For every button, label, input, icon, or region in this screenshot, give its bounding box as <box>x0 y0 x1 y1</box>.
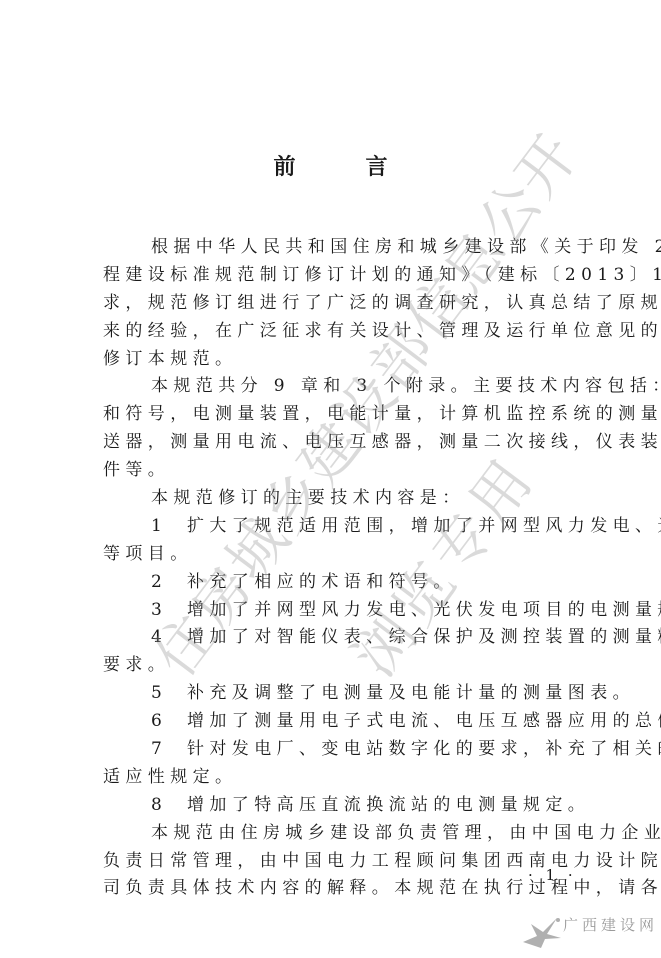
item-number: 3 <box>151 597 187 625</box>
item-number: 2 <box>151 569 187 597</box>
item-number: 4 <box>151 624 187 652</box>
star-swoosh-icon <box>521 912 563 950</box>
revision-item-3: 3增加了并网型风力发电、光伏发电项目的电测量规定。 <box>103 597 563 625</box>
text-line: 修订本规范。 <box>103 346 563 374</box>
text-line: 和符号，电测量装置，电能计量，计算机监控系统的测量，电测量变 <box>103 401 563 429</box>
item-number: 6 <box>151 708 187 736</box>
item-text: 增加了测量用电子式电流、电压互感器应用的总体要求。 <box>187 711 661 731</box>
revision-item-5: 5补充及调整了电测量及电能计量的测量图表。 <box>103 680 563 708</box>
title-char-2: 言 <box>366 150 388 181</box>
item-text: 增加了并网型风力发电、光伏发电项目的电测量规定。 <box>187 600 661 620</box>
logo-text: 广西建设网 <box>563 914 658 935</box>
body-text: 根据中华人民共和国住房和城乡建设部《关于印发 2014 年工 程建设标准规范制订… <box>103 234 563 903</box>
text-line: 本规范修订的主要技术内容是： <box>103 485 563 513</box>
item-text: 针对发电厂、变电站数字化的要求，补充了相关的电测量 <box>187 739 661 759</box>
revision-item-1: 1扩大了规范适用范围，增加了并网型风力发电、光伏发电 <box>103 513 563 541</box>
text-line: 本规范由住房城乡建设部负责管理，由中国电力企业联合会 <box>103 820 563 848</box>
item-text: 增加了特高压直流换流站的电测量规定。 <box>187 795 590 815</box>
item-text: 扩大了规范适用范围，增加了并网型风力发电、光伏发电 <box>187 516 661 536</box>
text-line: 司负责具体技术内容的解释。本规范在执行过程中，请各单位结 <box>103 875 563 903</box>
text-line: 送器，测量用电流、电压互感器，测量二次接线，仪表装置安装条 <box>103 429 563 457</box>
item-text: 补充了相应的术语和符号。 <box>187 572 456 592</box>
revision-item-6: 6增加了测量用电子式电流、电压互感器应用的总体要求。 <box>103 708 563 736</box>
revision-item-7: 7针对发电厂、变电站数字化的要求，补充了相关的电测量 <box>103 736 563 764</box>
text-line: 根据中华人民共和国住房和城乡建设部《关于印发 2014 年工 <box>103 234 563 262</box>
title-char-1: 前 <box>273 150 295 181</box>
item-number: 8 <box>151 792 187 820</box>
item-number: 1 <box>151 513 187 541</box>
item-text: 增加了对智能仪表、综合保护及测控装置的测量精度 <box>187 627 661 647</box>
text-line: 件等。 <box>103 457 563 485</box>
text-line: 求，规范修订组进行了广泛的调查研究，认真总结了原规范执行以 <box>103 290 563 318</box>
revision-item-7-cont: 适应性规定。 <box>103 764 563 792</box>
item-number: 5 <box>151 680 187 708</box>
text-line: 程建设标准规范制订修订计划的通知》（建标〔2013〕169 号）的要 <box>103 262 563 290</box>
page-title: 前言 <box>0 150 661 181</box>
site-logo: 广西建设网 <box>521 912 661 952</box>
revision-item-4-cont: 要求。 <box>103 652 563 680</box>
text-line: 来的经验，在广泛征求有关设计、管理及运行单位意见的基础上， <box>103 318 563 346</box>
revision-item-8: 8增加了特高压直流换流站的电测量规定。 <box>103 792 563 820</box>
page-number: · 1 · <box>528 866 577 884</box>
text-line: 负责日常管理，由中国电力工程顾问集团西南电力设计院有限公 <box>103 848 563 876</box>
text-line: 本规范共分 9 章和 3 个附录。主要技术内容包括：总则，术语 <box>103 373 563 401</box>
item-text: 补充及调整了电测量及电能计量的测量图表。 <box>187 683 635 703</box>
document-page: 前言 根据中华人民共和国住房和城乡建设部《关于印发 2014 年工 程建设标准规… <box>0 0 661 958</box>
item-number: 7 <box>151 736 187 764</box>
revision-item-4: 4增加了对智能仪表、综合保护及测控装置的测量精度 <box>103 624 563 652</box>
revision-item-1-cont: 等项目。 <box>103 541 563 569</box>
revision-item-2: 2补充了相应的术语和符号。 <box>103 569 563 597</box>
